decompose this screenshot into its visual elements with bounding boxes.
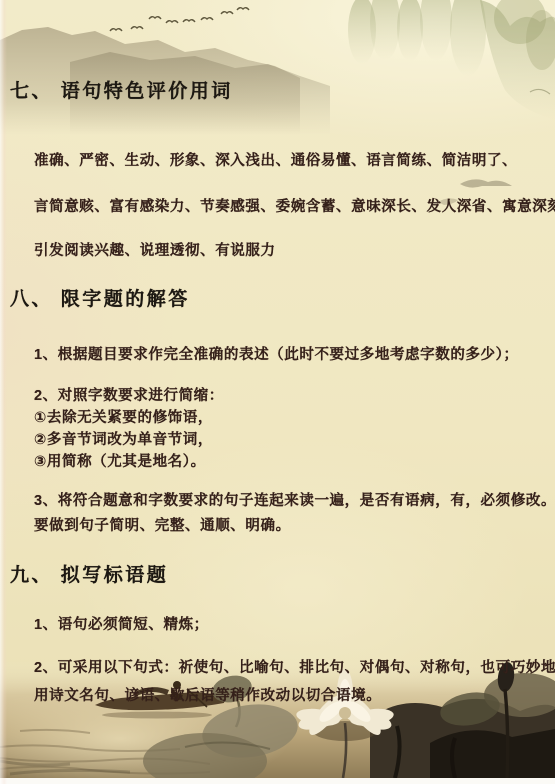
section-7-heading: 七、 语句特色评价用词	[10, 76, 233, 103]
text-line: 2、对照字数要求进行简缩：	[34, 384, 224, 405]
text-line: ②多音节词改为单音节词，	[34, 428, 213, 449]
text-line: ①去除无关紧要的修饰语，	[34, 406, 213, 427]
text-line: 1、语句必须简短、精炼；	[34, 613, 209, 634]
page-bottom-margin	[0, 778, 555, 784]
text-line: 要做到句子简明、完整、通顺、明确。	[34, 514, 291, 535]
text-line: 用诗文名句、谚语、歇后语等稍作改动以切合语境。	[34, 684, 381, 705]
text-line: 准确、严密、生动、形象、深入浅出、通俗易懂、语言简练、简洁明了、	[34, 149, 517, 170]
text-line: 3、将符合题意和字数要求的句子连起来读一遍，是否有语病，有，必须修改。	[34, 489, 555, 510]
worksheet-page: 七、 语句特色评价用词 准确、严密、生动、形象、深入浅出、通俗易懂、语言简练、简…	[0, 0, 555, 784]
text-line: 2、可采用以下句式：祈使句、比喻句、排比句、对偶句、对称句，也可巧妙地应	[34, 656, 555, 677]
text-line: 引发阅读兴趣、说理透彻、有说服力	[34, 239, 276, 260]
page-left-margin	[0, 0, 7, 784]
section-9-heading: 九、 拟写标语题	[10, 560, 168, 587]
text-line: 1、根据题目要求作完全准确的表述（此时不要过多地考虑字数的多少）；	[34, 343, 519, 364]
section-8-heading: 八、 限字题的解答	[10, 284, 190, 311]
text-line: ③用简称（尤其是地名）。	[34, 450, 206, 471]
text-line: 言简意赅、富有感染力、节奏感强、委婉含蓄、意味深长、发人深省、寓意深刻、	[34, 195, 555, 216]
document-content: 七、 语句特色评价用词 准确、严密、生动、形象、深入浅出、通俗易懂、语言简练、简…	[0, 0, 555, 784]
